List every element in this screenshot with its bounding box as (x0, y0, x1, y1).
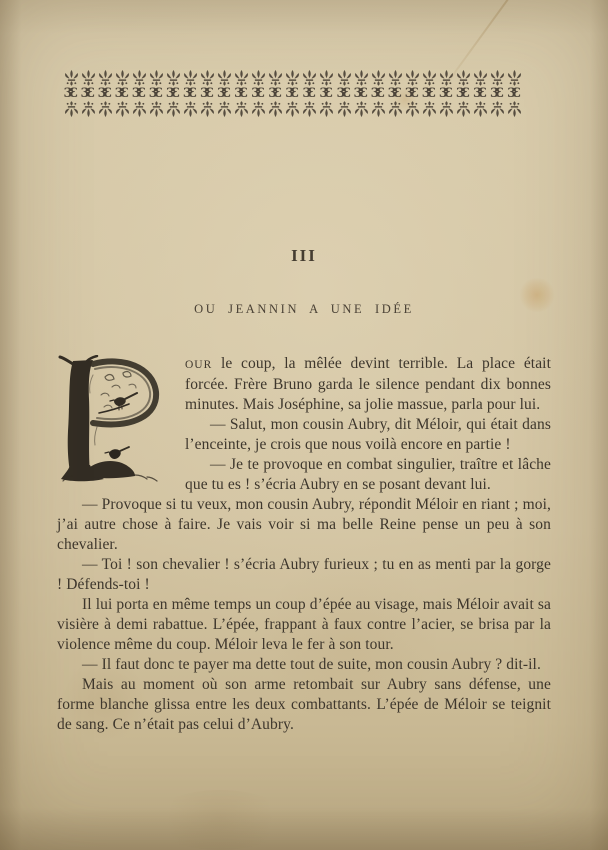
fleur-de-lis-icon (251, 101, 266, 117)
fleur-de-lis-icon (337, 101, 352, 117)
fleur-de-lis-icon (268, 70, 283, 86)
scroll-motif: 33 (371, 87, 385, 100)
chapter-number: III (0, 246, 608, 266)
fleur-de-lis-icon (302, 70, 317, 86)
fleur-de-lis-icon (285, 101, 300, 117)
fleur-de-lis-ornament-unit: 33 (268, 70, 284, 128)
scroll-motif: 33 (336, 87, 350, 100)
drop-cap-illustration-P: P (57, 355, 175, 487)
fleur-de-lis-icon (166, 101, 181, 117)
fleur-de-lis-icon (166, 70, 181, 86)
scroll-motif: 33 (81, 87, 95, 100)
fleur-de-lis-icon (81, 70, 96, 86)
fleur-de-lis-ornament-band: 3333333333333333333333333333333333333333… (63, 70, 523, 128)
scroll-motif: 33 (234, 87, 248, 100)
fleur-de-lis-icon (371, 70, 386, 86)
scroll-motif: 33 (63, 87, 77, 100)
fleur-de-lis-icon (64, 101, 79, 117)
fleur-de-lis-icon (507, 101, 522, 117)
paragraph: — Provoque si tu veux, mon cousin Aubry,… (57, 495, 551, 555)
scroll-motif: 33 (388, 87, 402, 100)
fleur-de-lis-icon (98, 101, 113, 117)
scroll-motif: 33 (507, 87, 521, 100)
fleur-de-lis-icon (132, 101, 147, 117)
fleur-de-lis-icon (456, 101, 471, 117)
fleur-de-lis-icon (302, 101, 317, 117)
fleur-de-lis-icon (371, 101, 386, 117)
body-text: P (57, 354, 551, 735)
fleur-de-lis-icon (507, 70, 522, 86)
paragraph: Mais au moment où son arme retombait sur… (57, 675, 551, 735)
fleur-de-lis-icon (234, 101, 249, 117)
fleur-de-lis-icon (115, 70, 130, 86)
fleur-de-lis-icon (268, 101, 283, 117)
fleur-de-lis-icon (319, 101, 334, 117)
fleur-de-lis-icon (405, 101, 420, 117)
fleur-de-lis-icon (354, 101, 369, 117)
scroll-motif: 33 (439, 87, 453, 100)
fleur-de-lis-icon (337, 70, 352, 86)
fleur-de-lis-ornament-unit: 33 (80, 70, 96, 128)
fleur-de-lis-icon (217, 70, 232, 86)
fleur-de-lis-ornament-unit: 33 (217, 70, 233, 128)
scroll-motif: 33 (200, 87, 214, 100)
fleur-de-lis-ornament-unit: 33 (490, 70, 506, 128)
scroll-motif: 33 (285, 87, 299, 100)
chapter-title: OU JEANNIN A UNE IDÉE (0, 302, 608, 317)
scroll-motif: 33 (268, 87, 282, 100)
fleur-de-lis-icon (251, 70, 266, 86)
fleur-de-lis-ornament-unit: 33 (319, 70, 335, 128)
paragraph: — Il faut donc te payer ma dette tout de… (57, 655, 551, 675)
fleur-de-lis-ornament-unit: 33 (387, 70, 403, 128)
fleur-de-lis-ornament-unit: 33 (200, 70, 216, 128)
fleur-de-lis-ornament-unit: 33 (421, 70, 437, 128)
fleur-de-lis-icon (319, 70, 334, 86)
fleur-de-lis-icon (183, 70, 198, 86)
fleur-de-lis-icon (439, 101, 454, 117)
fleur-de-lis-icon (132, 70, 147, 86)
fleur-de-lis-ornament-unit: 33 (165, 70, 181, 128)
fleur-de-lis-icon (64, 70, 79, 86)
fleur-de-lis-icon (405, 70, 420, 86)
fleur-de-lis-icon (490, 70, 505, 86)
fleur-de-lis-icon (115, 101, 130, 117)
fleur-de-lis-icon (200, 101, 215, 117)
fleur-de-lis-icon (490, 101, 505, 117)
scanned-book-page: 3333333333333333333333333333333333333333… (0, 0, 608, 850)
fleur-de-lis-icon (81, 101, 96, 117)
fleur-de-lis-icon (149, 101, 164, 117)
fleur-de-lis-icon (354, 70, 369, 86)
fleur-de-lis-icon (183, 101, 198, 117)
scroll-motif: 33 (456, 87, 470, 100)
scroll-motif: 33 (183, 87, 197, 100)
fleur-de-lis-icon (285, 70, 300, 86)
tree-initial-P-icon (57, 355, 175, 487)
fleur-de-lis-icon (388, 101, 403, 117)
lead-small-caps: our (185, 359, 212, 371)
fleur-de-lis-icon (422, 101, 437, 117)
fleur-de-lis-icon (473, 101, 488, 117)
fleur-de-lis-icon (200, 70, 215, 86)
paragraph: — Toi ! son chevalier ! s’écria Aubry fu… (57, 555, 551, 595)
fleur-de-lis-ornament-unit: 33 (251, 70, 267, 128)
scroll-motif: 33 (422, 87, 436, 100)
scroll-motif: 33 (473, 87, 487, 100)
scroll-motif: 33 (217, 87, 231, 100)
foxing-stain (150, 790, 290, 850)
fleur-de-lis-icon (149, 70, 164, 86)
fleur-de-lis-icon (98, 70, 113, 86)
fleur-de-lis-icon (456, 70, 471, 86)
fleur-de-lis-ornament-unit: 33 (148, 70, 164, 128)
scroll-motif: 33 (251, 87, 265, 100)
fleur-de-lis-ornament-unit: 33 (131, 70, 147, 128)
fleur-de-lis-ornament-unit: 33 (302, 70, 318, 128)
fleur-de-lis-icon (234, 70, 249, 86)
fleur-de-lis-ornament-unit: 33 (285, 70, 301, 128)
paragraph: Il lui porta en même temps un coup d’épé… (57, 595, 551, 655)
fleur-de-lis-ornament-unit: 33 (114, 70, 130, 128)
scroll-motif: 33 (149, 87, 163, 100)
fleur-de-lis-ornament-unit: 33 (455, 70, 471, 128)
fleur-de-lis-ornament-unit: 33 (63, 70, 79, 128)
fleur-de-lis-icon (439, 70, 454, 86)
paragraph-text: le coup, la mêlée devint terrible. La pl… (185, 355, 551, 413)
fleur-de-lis-ornament-unit: 33 (182, 70, 198, 128)
fleur-de-lis-ornament-unit: 33 (234, 70, 250, 128)
fleur-de-lis-icon (388, 70, 403, 86)
fleur-de-lis-icon (473, 70, 488, 86)
fleur-de-lis-ornament-unit: 33 (370, 70, 386, 128)
fleur-de-lis-ornament-unit: 33 (97, 70, 113, 128)
scroll-motif: 33 (490, 87, 504, 100)
fleur-de-lis-icon (422, 70, 437, 86)
scroll-motif: 33 (319, 87, 333, 100)
scroll-motif: 33 (132, 87, 146, 100)
fleur-de-lis-ornament-unit: 33 (507, 70, 523, 128)
scroll-motif: 33 (302, 87, 316, 100)
fleur-de-lis-ornament-unit: 33 (336, 70, 352, 128)
scroll-motif: 33 (98, 87, 112, 100)
fleur-de-lis-ornament-unit: 33 (353, 70, 369, 128)
scroll-motif: 33 (115, 87, 129, 100)
fleur-de-lis-ornament-unit: 33 (473, 70, 489, 128)
fleur-de-lis-ornament-unit: 33 (438, 70, 454, 128)
scroll-motif: 33 (354, 87, 368, 100)
scroll-motif: 33 (166, 87, 180, 100)
fleur-de-lis-icon (217, 101, 232, 117)
scroll-motif: 33 (405, 87, 419, 100)
fleur-de-lis-ornament-unit: 33 (404, 70, 420, 128)
